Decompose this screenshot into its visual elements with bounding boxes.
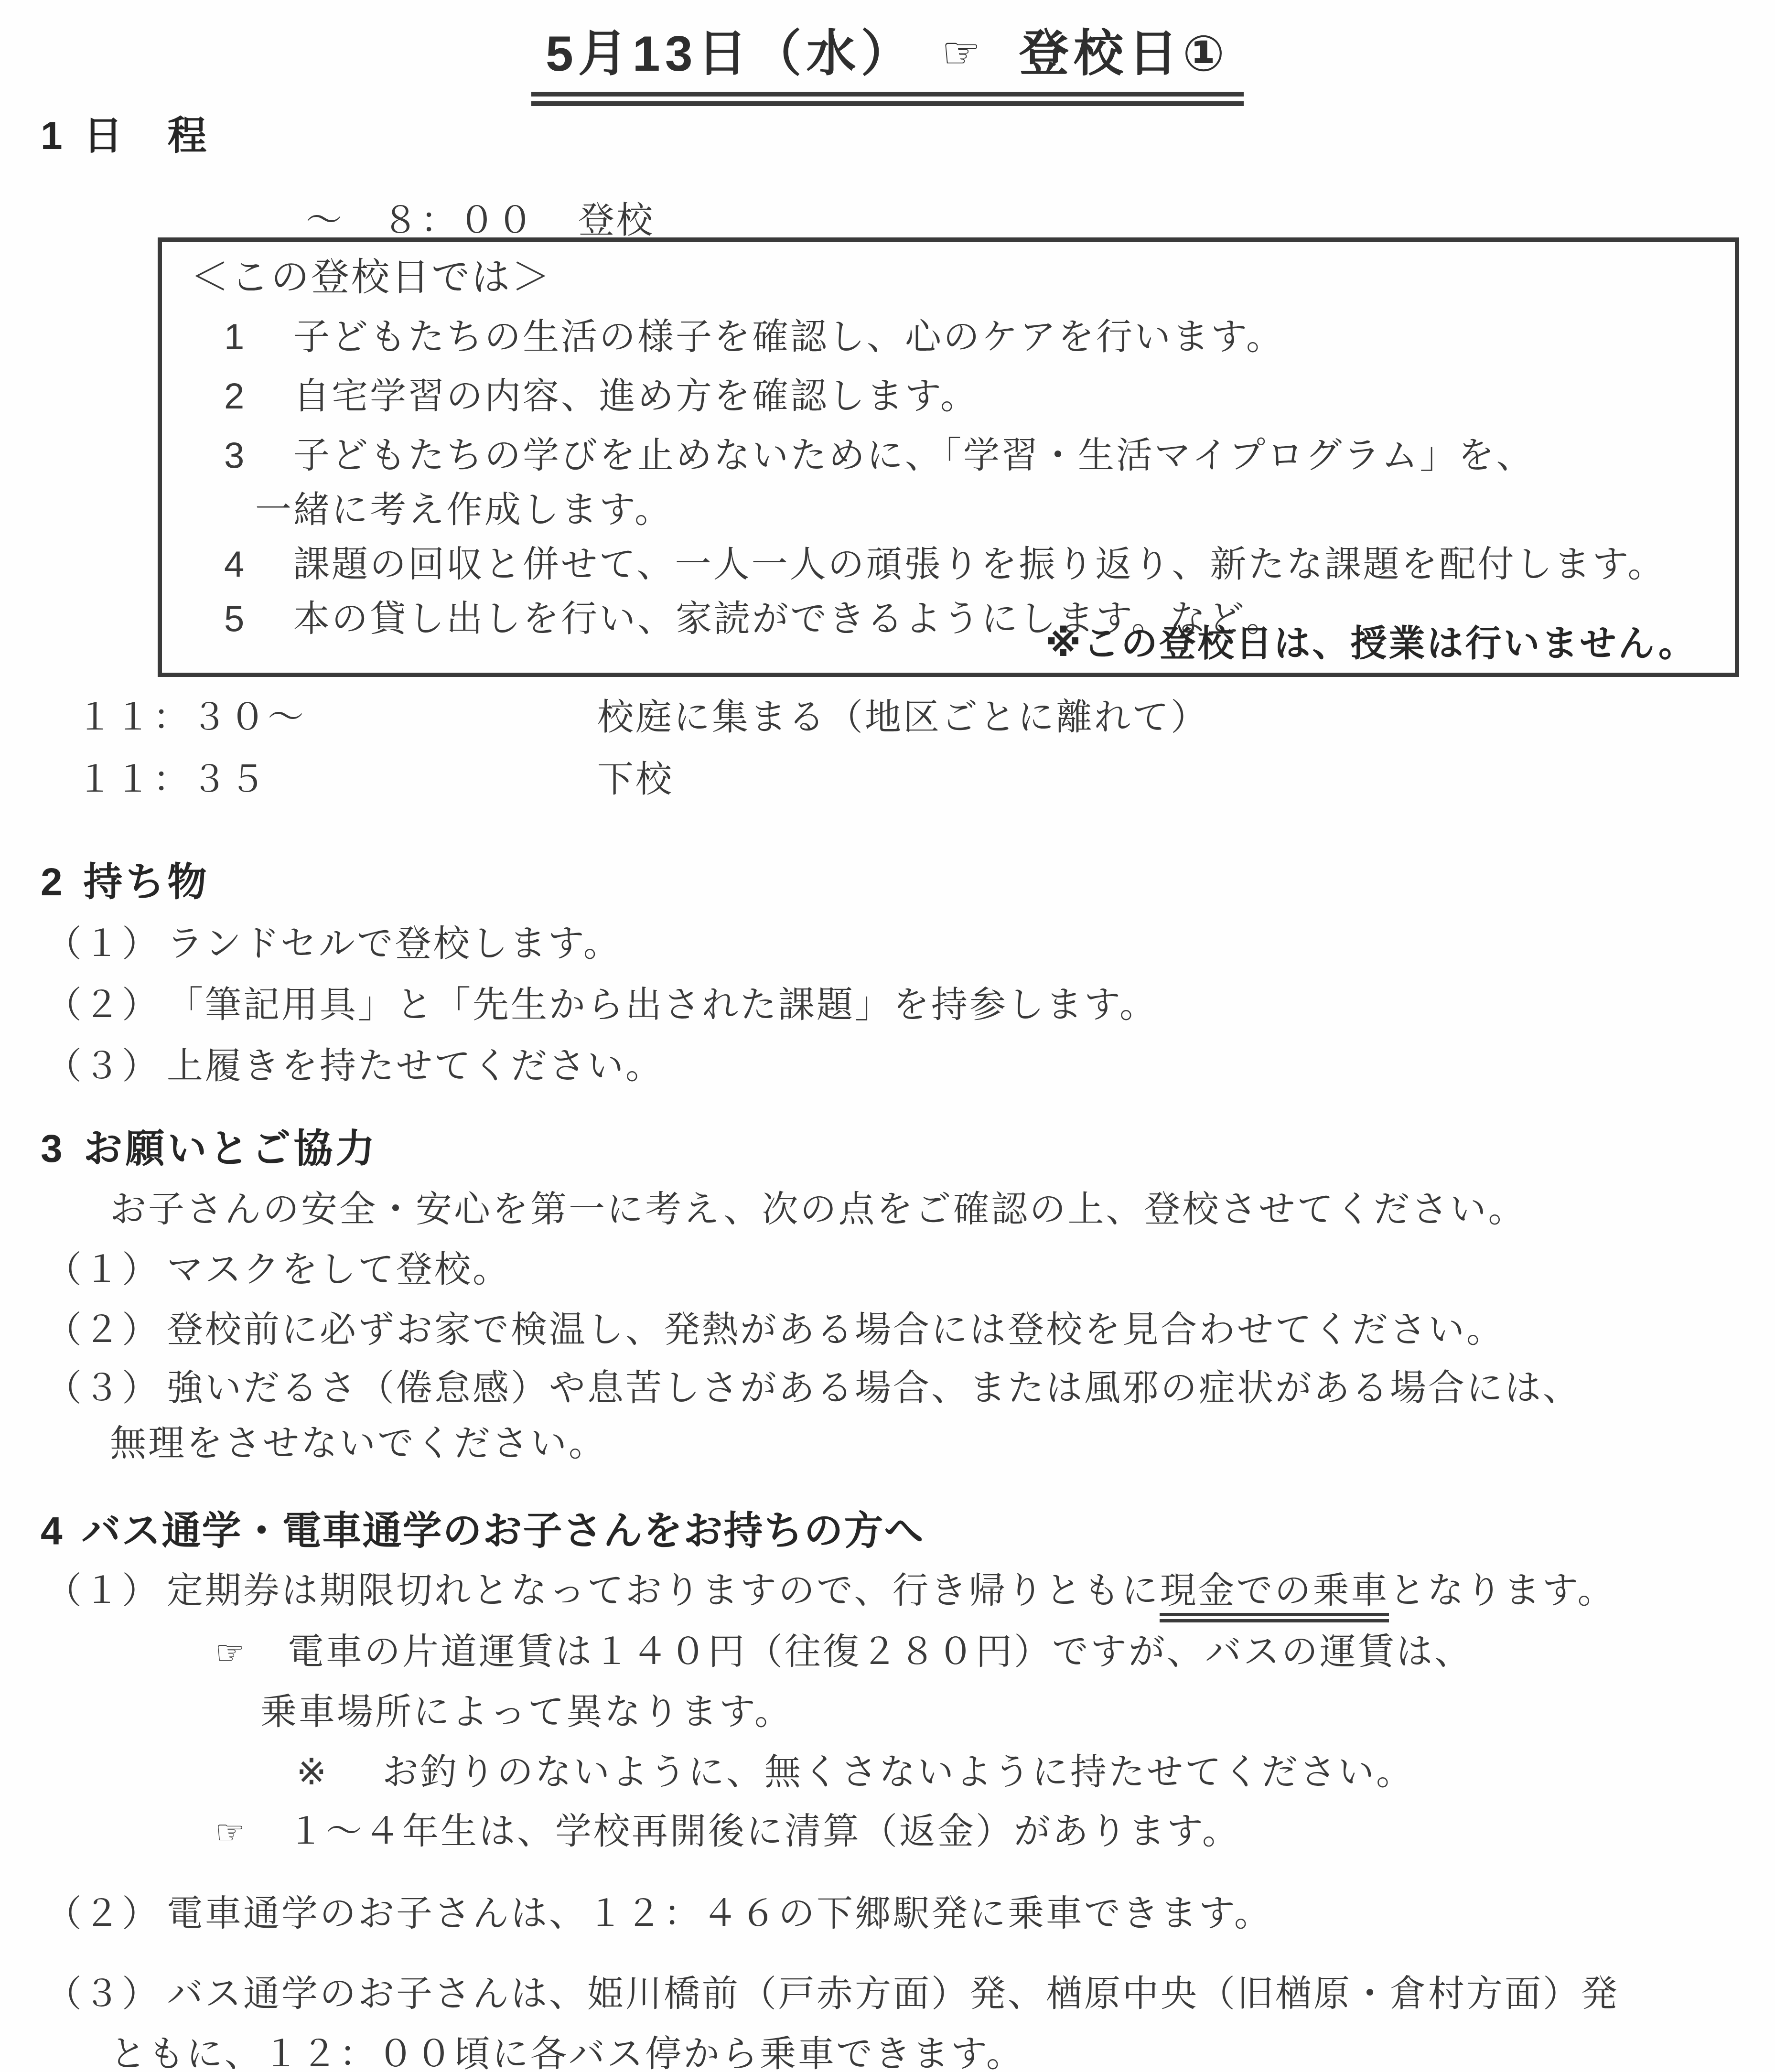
section2-title: 持ち物 [84, 860, 210, 904]
section4-number: 4 [41, 1509, 64, 1554]
schedule-row-dismissal: １１：３５下校 [76, 759, 674, 800]
box-item-number: 1 [224, 317, 293, 357]
schedule-activity: 登校 [578, 200, 655, 241]
list-item-label: （２） [45, 1309, 160, 1351]
schedule-time: ～ ８：００ [306, 200, 535, 241]
list-item-text: 定期券は期限切れとなっておりますので、行き帰りともに [167, 1570, 1160, 1611]
reference-mark-icon: ※ [296, 1751, 382, 1793]
section2-number: 2 [41, 860, 65, 905]
list-item-text: マスクをして登校。 [167, 1249, 511, 1290]
pointing-hand-icon: ☞ [215, 1633, 288, 1672]
sub-item-continuation: 乗車場所によって異なります。 [260, 1691, 793, 1733]
schedule-time: １１：３０～ [76, 697, 597, 738]
list-item-continuation: ともに、１２：００頃に各バス停から乗車できます。 [110, 2033, 1024, 2072]
section1-heading: 1日 程 [41, 114, 210, 159]
list-item: （３）強いだるさ（倦怠感）や息苦しさがある場合、または風邪の症状がある場合には、 [45, 1367, 1581, 1409]
list-item-label: （２） [45, 1893, 160, 1934]
list-item: （１）マスクをして登校。 [45, 1249, 511, 1290]
schedule-activity: 下校 [597, 759, 674, 800]
box-item-text: 自宅学習の内容、進め方を確認します。 [293, 376, 979, 417]
box-item-number: 2 [224, 376, 293, 417]
section3-heading: 3お願いとご協力 [41, 1127, 378, 1171]
list-item-text: 強いだるさ（倦怠感）や息苦しさがある場合、または風邪の症状がある場合には、 [167, 1368, 1581, 1408]
box-item-continuation: 一緒に考え作成します。 [255, 490, 673, 530]
pointing-hand-icon: ☞ [941, 27, 985, 78]
list-item-text: ランドセルで登校します。 [167, 923, 622, 964]
schedule-row-gather: １１：３０～校庭に集まる（地区ごとに離れて） [76, 697, 1209, 738]
box-header: ＜この登校日では＞ [191, 256, 552, 298]
box-item: 3子どもたちの学びを止めないために、「学習・生活マイプログラム」を、 [224, 436, 1534, 476]
list-item-label: （３） [45, 1973, 160, 2015]
info-box: ＜この登校日では＞ 1子どもたちの生活の様子を確認し、心のケアを行います。 2自… [158, 237, 1739, 677]
box-item: 4課題の回収と併せて、一人一人の頑張りを振り返り、新たな課題を配付します。 [224, 545, 1666, 585]
list-item-text: 登校前に必ずお家で検温し、発熱がある場合には登校を見合わせてください。 [167, 1310, 1505, 1350]
sub-item-text: お釣りのないように、無くさないように持たせてください。 [382, 1752, 1414, 1793]
list-item-text: 上履きを持たせてください。 [167, 1046, 664, 1086]
section3-intro: お子さんの安全・安心を第一に考え、次の点をご確認の上、登校させてください。 [110, 1189, 1527, 1230]
pointing-hand-icon: ☞ [215, 1813, 288, 1852]
list-item: （２）電車通学のお子さんは、１２：４６の下郷駅発に乗車できます。 [45, 1893, 1272, 1934]
box-item-number: 5 [224, 599, 293, 639]
list-item: （１）定期券は期限切れとなっておりますので、行き帰りともに現金での乗車となります… [45, 1570, 1615, 1611]
list-item: （２）登校前に必ずお家で検温し、発熱がある場合には登校を見合わせてください。 [45, 1309, 1505, 1351]
box-note: ※この登校日は、授業は行いません。 [1046, 624, 1697, 664]
section3-title: お願いとご協力 [84, 1127, 378, 1170]
list-item-label: （１） [45, 1570, 160, 1611]
schedule-row-arrival: ～ ８：００登校 [306, 200, 655, 241]
list-item-text: 電車通学のお子さんは、１２：４６の下郷駅発に乗車できます。 [167, 1893, 1272, 1934]
schedule-activity: 校庭に集まる（地区ごとに離れて） [597, 697, 1209, 738]
section3-number: 3 [41, 1127, 65, 1171]
title-name: 登校日① [1019, 26, 1229, 82]
schedule-time: １１：３５ [76, 759, 597, 800]
underlined-text: 現金での乗車 [1160, 1570, 1389, 1622]
sub-item-text: １～４年生は、学校再開後に清算（返金）があります。 [288, 1811, 1240, 1852]
section4-heading: 4バス通学・電車通学のお子さんをお持ちの方へ [41, 1509, 925, 1554]
section1-title: 日 程 [84, 114, 210, 158]
sub-item: ☞電車の片道運賃は１４０円（往復２８０円）ですが、バスの運賃は、 [215, 1631, 1473, 1673]
box-item: 2自宅学習の内容、進め方を確認します。 [224, 376, 979, 417]
list-item-text: バス通学のお子さんは、姫川橋前（戸赤方面）発、楢原中央（旧楢原・倉村方面）発 [167, 1974, 1619, 2014]
section4-title: バス通学・電車通学のお子さんをお持ちの方へ [82, 1509, 925, 1553]
section1-number: 1 [41, 114, 65, 159]
list-item-label: （１） [45, 923, 160, 965]
box-item-number: 4 [224, 545, 293, 585]
box-item-number: 3 [224, 436, 293, 476]
list-item: （２）「筆記用具」と「先生から出された課題」を持参します。 [45, 984, 1158, 1026]
list-item: （１）ランドセルで登校します。 [45, 923, 622, 965]
list-item: （３）バス通学のお子さんは、姫川橋前（戸赤方面）発、楢原中央（旧楢原・倉村方面）… [45, 1973, 1619, 2015]
sub-item-text: 電車の片道運賃は１４０円（往復２８０円）ですが、バスの運賃は、 [288, 1632, 1473, 1672]
box-item-text: 一緒に考え作成します。 [255, 490, 673, 530]
document-page: 5月13日（水）☞登校日① 1日 程 ～ ８：００登校 ＜この登校日では＞ 1子… [0, 0, 1775, 2072]
page-title: 5月13日（水）☞登校日① [0, 13, 1775, 106]
list-item: （３）上履きを持たせてください。 [45, 1045, 664, 1087]
box-item: 1子どもたちの生活の様子を確認し、心のケアを行います。 [224, 317, 1284, 357]
list-item-continuation: 無理をさせないでください。 [110, 1423, 607, 1464]
box-item-text: 子どもたちの生活の様子を確認し、心のケアを行います。 [293, 317, 1284, 357]
sub-item: ※お釣りのないように、無くさないように持たせてください。 [296, 1751, 1414, 1793]
sub-item: ☞１～４年生は、学校再開後に清算（返金）があります。 [215, 1811, 1240, 1852]
box-item-text: 課題の回収と併せて、一人一人の頑張りを振り返り、新たな課題を配付します。 [293, 544, 1666, 585]
list-item-label: （１） [45, 1249, 160, 1290]
list-item-label: （２） [45, 984, 160, 1026]
list-item-label: （３） [45, 1367, 160, 1409]
list-item-text: 「筆記用具」と「先生から出された課題」を持参します。 [167, 985, 1158, 1025]
list-item-text: となります。 [1389, 1570, 1615, 1611]
list-item-label: （３） [45, 1045, 160, 1087]
section2-heading: 2持ち物 [41, 860, 210, 905]
title-date: 5月13日（水） [546, 26, 915, 82]
box-item-text: 子どもたちの学びを止めないために、「学習・生活マイプログラム」を、 [293, 435, 1534, 476]
